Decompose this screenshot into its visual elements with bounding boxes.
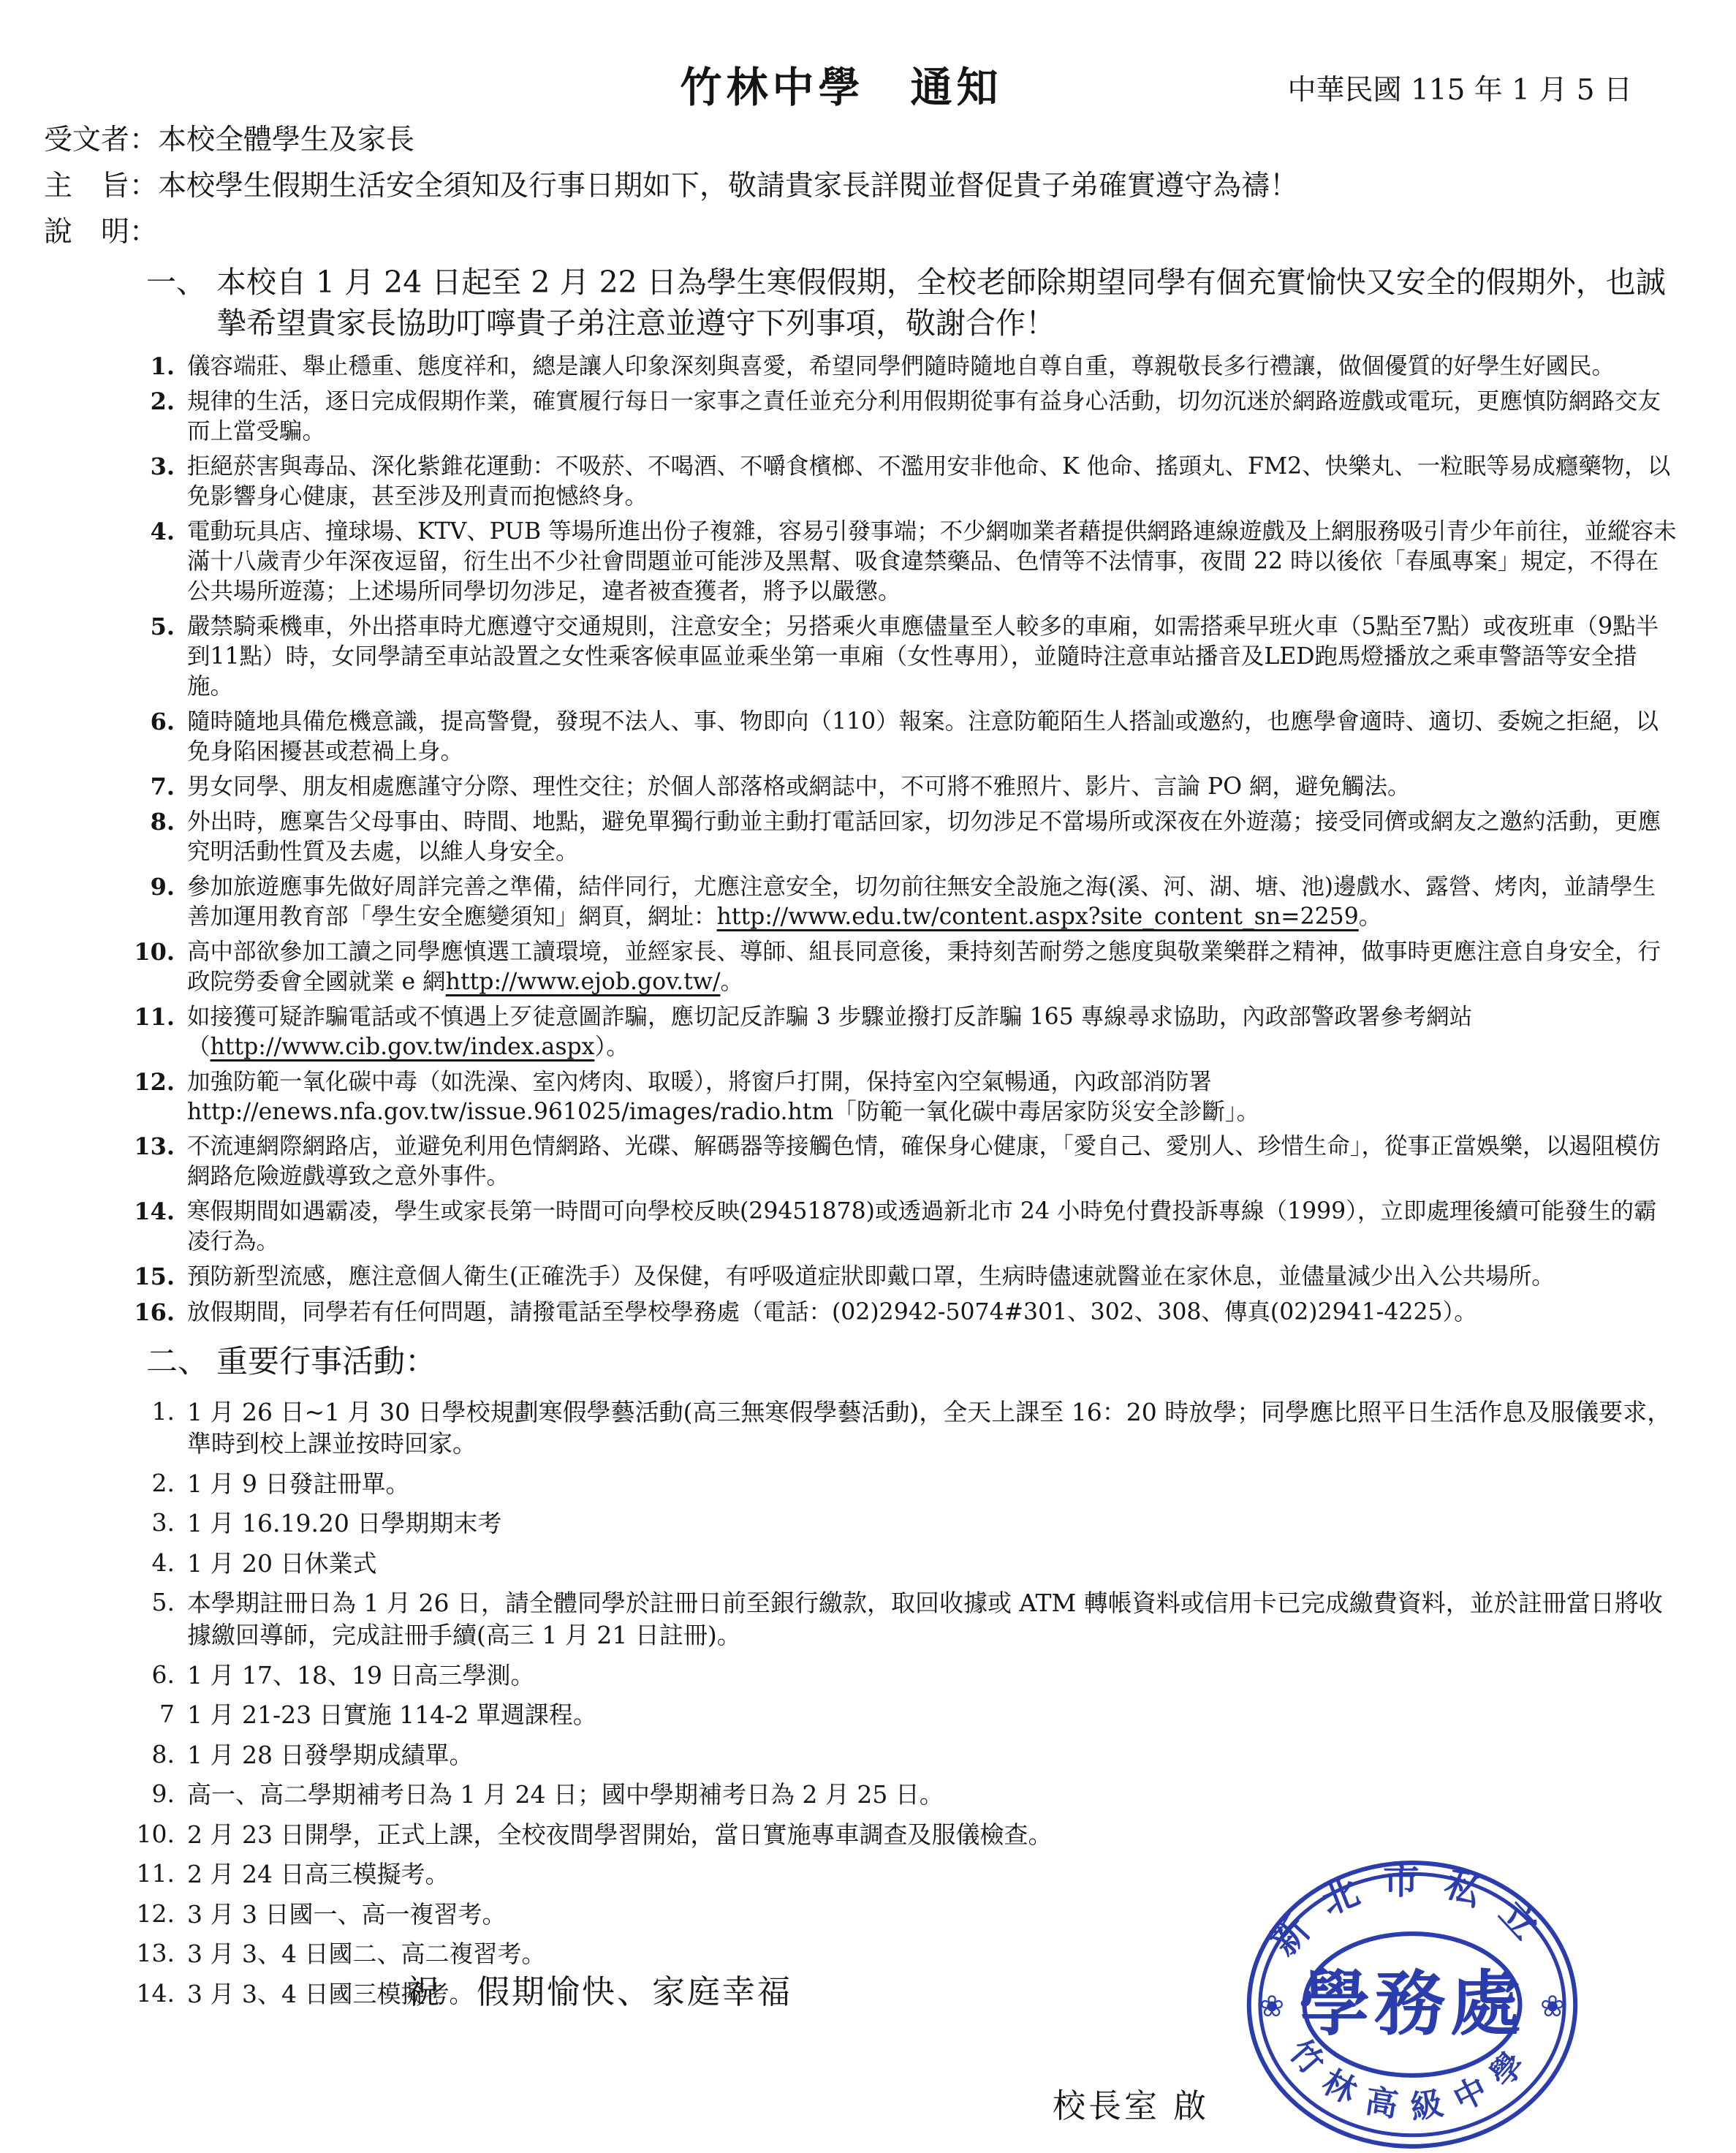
item-number: 11.: [117, 1002, 187, 1062]
item-text: 預防新型流感，應注意個人衛生(正確洗手）及保健，有呼吸道症狀即戴口罩，生病時儘速…: [187, 1262, 1678, 1293]
item-number: 13.: [117, 1938, 187, 1970]
item-number: 7.: [117, 772, 187, 803]
item-text: 參加旅遊應事先做好周詳完善之準備，結伴同行，尤應注意安全，切勿前往無安全設施之海…: [187, 872, 1678, 932]
schedule-item: 1.1 月 26 日~1 月 30 日學校規劃寒假學藝活動(高三無寒假學藝活動)…: [117, 1396, 1678, 1460]
explanation-label-line: 說 明：: [44, 209, 1678, 255]
schedule-item: 2.1 月 9 日發註冊單。: [117, 1468, 1678, 1500]
section2-heading: 二、 重要行事活動：: [146, 1341, 1678, 1384]
schedule-item: 9.高一、高二學期補考日為 1 月 24 日；國中學期補考日為 2 月 25 日…: [117, 1779, 1678, 1811]
item-number: 4.: [117, 1548, 187, 1580]
section2-marker: 二、: [146, 1341, 216, 1384]
item-number: 2.: [117, 1468, 187, 1500]
list-item: 13.不流連網際網路店，並避免利用色情網路、光碟、解碼器等接觸色情，確保身心健康…: [117, 1132, 1678, 1192]
item-number: 1.: [117, 1396, 187, 1460]
item-number: 5.: [117, 1587, 187, 1651]
item-text: 1 月 16.19.20 日學期期末考: [187, 1507, 1678, 1540]
principal-office-closing: 校長室 啟: [1053, 2079, 1209, 2127]
page-title: 竹林中學 通知: [681, 54, 1003, 114]
item-text: 隨時隨地具備危機意識，提高警覺，發現不法人、事、物即向（110）報案。注意防範陌…: [187, 707, 1678, 767]
item-text: 如接獲可疑詐騙電話或不慎遇上歹徒意圖詐騙，應切記反詐騙 3 步驟並撥打反詐騙 1…: [187, 1002, 1678, 1062]
item-text: 2 月 23 日開學，正式上課，全校夜間學習開始，當日實施專車調查及服儀檢查。: [187, 1819, 1678, 1851]
item-text: 1 月 26 日~1 月 30 日學校規劃寒假學藝活動(高三無寒假學藝活動)，全…: [187, 1396, 1678, 1460]
list-item: 16.放假期間，同學若有任何問題，請撥電話至學校學務處（電話：(02)2942-…: [117, 1298, 1678, 1328]
item-number: 10.: [117, 937, 187, 997]
section1-heading-text: 本校自 1 月 24 日起至 2 月 22 日為學生寒假假期，全校老師除期望同學…: [216, 262, 1678, 344]
item-text-post: 。: [720, 969, 743, 995]
item-text: 電動玩具店、撞球場、KTV、PUB 等場所進出份子複雜，容易引發事端；不少網咖業…: [187, 517, 1678, 607]
document-meta: 受文者：本校全體學生及家長 主 旨：本校學生假期生活安全須知及行事日期如下，敬請…: [44, 117, 1678, 256]
list-item: 6.隨時隨地具備危機意識，提高警覺，發現不法人、事、物即向（110）報案。注意防…: [117, 707, 1678, 767]
item-number: 12.: [117, 1899, 187, 1931]
item-text-post: 。: [1359, 904, 1382, 930]
schedule-item: 6.1 月 17、18、19 日高三學測。: [117, 1660, 1678, 1692]
item-number: 9.: [117, 1779, 187, 1811]
flower-rosette-icon: ❀: [1540, 1989, 1565, 2024]
list-item: 12.加強防範一氧化碳中毒（如洗澡、室內烤肉、取暖），將窗戶打開，保持室內空氣暢…: [117, 1067, 1678, 1127]
list-item: 9.參加旅遊應事先做好周詳完善之準備，結伴同行，尤應注意安全，切勿前往無安全設施…: [117, 872, 1678, 932]
edu-safety-url: http://www.edu.tw/content.aspx?site_cont…: [717, 904, 1359, 930]
item-text: 男女同學、朋友相處應謹守分際、理性交往；於個人部落格或網誌中，不可將不雅照片、影…: [187, 772, 1678, 803]
blessing-line: 祝 假期愉快、家庭幸福: [406, 1965, 792, 2013]
item-text-pre: 高中部欲參加工讀之同學應慎選工讀環境，並經家長、導師、組長同意後，秉持刻苦耐勞之…: [187, 939, 1661, 995]
ejob-url: http://www.ejob.gov.tw/: [446, 969, 721, 995]
section2-heading-text: 重要行事活動：: [216, 1341, 1678, 1384]
item-number: 10.: [117, 1819, 187, 1851]
item-text: 1 月 9 日發註冊單。: [187, 1468, 1678, 1500]
item-text: 1 月 28 日發學期成績單。: [187, 1739, 1678, 1771]
stamp-top-arc-text: 新北市私立: [1262, 1860, 1561, 1964]
item-text: 1 月 20 日休業式: [187, 1548, 1678, 1580]
item-text: 外出時，應稟告父母事由、時間、地點，避免單獨行動並主動打電話回家，切勿涉足不當場…: [187, 807, 1678, 867]
safety-rules-list: 1.儀容端莊、舉止穩重、態度祥和，總是讓人印象深刻與喜愛，希望同學們隨時隨地自尊…: [44, 352, 1678, 1328]
item-text: 高中部欲參加工讀之同學應慎選工讀環境，並經家長、導師、組長同意後，秉持刻苦耐勞之…: [187, 937, 1678, 997]
item-number: 15.: [117, 1262, 187, 1293]
item-text: 本學期註冊日為 1 月 26 日，請全體同學於註冊日前至銀行繳款，取回收據或 A…: [187, 1587, 1678, 1651]
notice-document: 竹林中學 通知 中華民國 115 年 1 月 5 日 受文者：本校全體學生及家長…: [0, 0, 1736, 2153]
recipient-value: 本校全體學生及家長: [158, 124, 414, 156]
item-number: 8.: [117, 1739, 187, 1771]
item-text: 高一、高二學期補考日為 1 月 24 日；國中學期補考日為 2 月 25 日。: [187, 1779, 1678, 1811]
list-item: 15.預防新型流感，應注意個人衛生(正確洗手）及保健，有呼吸道症狀即戴口罩，生病…: [117, 1262, 1678, 1293]
item-text: 1 月 21-23 日實施 114-2 單週課程。: [187, 1699, 1678, 1731]
item-number: 14.: [117, 1978, 187, 2010]
schedule-item: 10.2 月 23 日開學，正式上課，全校夜間學習開始，當日實施專車調查及服儀檢…: [117, 1819, 1678, 1851]
stamp-seal-graphic: 新北市私立 竹林高級中學 學務處 ❀ ❀: [1241, 1857, 1583, 2152]
cib-url: http://www.cib.gov.tw/index.aspx: [211, 1034, 595, 1060]
list-item: 5.嚴禁騎乘機車，外出搭車時尤應遵守交通規則，注意安全；另搭乘火車應儘量至人較多…: [117, 612, 1678, 702]
schedule-item: 71 月 21-23 日實施 114-2 單週課程。: [117, 1699, 1678, 1731]
item-text: 儀容端莊、舉止穩重、態度祥和，總是讓人印象深刻與喜愛，希望同學們隨時隨地自尊自重…: [187, 352, 1678, 382]
list-item: 11.如接獲可疑詐騙電話或不慎遇上歹徒意圖詐騙，應切記反詐騙 3 步驟並撥打反詐…: [117, 1002, 1678, 1062]
list-item: 2.規律的生活，逐日完成假期作業，確實履行每日一家事之責任並充分利用假期從事有益…: [117, 387, 1678, 447]
item-text-post: ）。: [594, 1034, 629, 1060]
document-header: 竹林中學 通知 中華民國 115 年 1 月 5 日: [44, 47, 1678, 117]
list-item: 1.儀容端莊、舉止穩重、態度祥和，總是讓人印象深刻與喜愛，希望同學們隨時隨地自尊…: [117, 352, 1678, 382]
schedule-item: 8.1 月 28 日發學期成績單。: [117, 1739, 1678, 1771]
item-text: 嚴禁騎乘機車，外出搭車時尤應遵守交通規則，注意安全；另搭乘火車應儘量至人較多的車…: [187, 612, 1678, 702]
item-number: 5.: [117, 612, 187, 702]
item-number: 11.: [117, 1858, 187, 1891]
item-text: 不流連網際網路店，並避免利用色情網路、光碟、解碼器等接觸色情，確保身心健康，「愛…: [187, 1132, 1678, 1192]
item-number: 6.: [117, 1660, 187, 1692]
section1-heading: 一、 本校自 1 月 24 日起至 2 月 22 日為學生寒假假期，全校老師除期…: [146, 262, 1678, 344]
list-item: 14.寒假期間如遇霸凌，學生或家長第一時間可向學校反映(29451878)或透過…: [117, 1197, 1678, 1257]
schedule-item: 3.1 月 16.19.20 日學期期末考: [117, 1507, 1678, 1540]
item-number: 14.: [117, 1197, 187, 1257]
item-text: 1 月 17、18、19 日高三學測。: [187, 1660, 1678, 1692]
subject-value: 本校學生假期生活安全須知及行事日期如下，敬請貴家長詳閱並督促貴子弟確實遵守為禱！: [158, 170, 1298, 203]
item-number: 1.: [117, 352, 187, 382]
item-text: 放假期間，同學若有任何問題，請撥電話至學校學務處（電話：(02)2942-507…: [187, 1298, 1678, 1328]
item-number: 12.: [117, 1067, 187, 1127]
document-date: 中華民國 115 年 1 月 5 日: [1288, 67, 1632, 108]
item-number: 13.: [117, 1132, 187, 1192]
item-number: 16.: [117, 1298, 187, 1328]
item-number: 4.: [117, 517, 187, 607]
item-text: 拒絕菸害與毒品、深化紫錐花運動：不吸菸、不喝酒、不嚼食檳榔、不濫用安非他命、K …: [187, 452, 1678, 512]
list-item: 7.男女同學、朋友相處應謹守分際、理性交往；於個人部落格或網誌中，不可將不雅照片…: [117, 772, 1678, 803]
recipient-line: 受文者：本校全體學生及家長: [44, 117, 1678, 163]
item-number: 8.: [117, 807, 187, 867]
item-number: 6.: [117, 707, 187, 767]
stamp-bottom-arc-text: 竹林高級中學: [1281, 2032, 1543, 2127]
flower-rosette-icon: ❀: [1259, 1989, 1284, 2024]
recipient-label: 受文者：: [44, 117, 158, 163]
list-item: 10.高中部欲參加工讀之同學應慎選工讀環境，並經家長、導師、組長同意後，秉持刻苦…: [117, 937, 1678, 997]
item-text: 規律的生活，逐日完成假期作業，確實履行每日一家事之責任並充分利用假期從事有益身心…: [187, 387, 1678, 447]
subject-line: 主 旨：本校學生假期生活安全須知及行事日期如下，敬請貴家長詳閱並督促貴子弟確實遵…: [44, 163, 1678, 209]
schedule-item: 5.本學期註冊日為 1 月 26 日，請全體同學於註冊日前至銀行繳款，取回收據或…: [117, 1587, 1678, 1651]
school-affairs-office-stamp: 新北市私立 竹林高級中學 學務處 ❀ ❀: [1241, 1857, 1583, 2152]
item-number: 3.: [117, 452, 187, 512]
section1-marker: 一、: [146, 262, 216, 344]
item-number: 9.: [117, 872, 187, 932]
item-number: 2.: [117, 387, 187, 447]
item-text: 加強防範一氧化碳中毒（如洗澡、室內烤肉、取暖），將窗戶打開，保持室內空氣暢通，內…: [187, 1067, 1678, 1127]
list-item: 4.電動玩具店、撞球場、KTV、PUB 等場所進出份子複雜，容易引發事端；不少網…: [117, 517, 1678, 607]
item-text: 寒假期間如遇霸凌，學生或家長第一時間可向學校反映(29451878)或透過新北市…: [187, 1197, 1678, 1257]
subject-label: 主 旨：: [44, 163, 158, 209]
list-item: 3.拒絕菸害與毒品、深化紫錐花運動：不吸菸、不喝酒、不嚼食檳榔、不濫用安非他命、…: [117, 452, 1678, 512]
item-number: 3.: [117, 1507, 187, 1540]
explanation-label: 說 明：: [44, 209, 158, 255]
stamp-center-text: 學務處: [1299, 1961, 1525, 2045]
schedule-item: 4.1 月 20 日休業式: [117, 1548, 1678, 1580]
list-item: 8.外出時，應稟告父母事由、時間、地點，避免單獨行動並主動打電話回家，切勿涉足不…: [117, 807, 1678, 867]
item-number: 7: [117, 1699, 187, 1731]
